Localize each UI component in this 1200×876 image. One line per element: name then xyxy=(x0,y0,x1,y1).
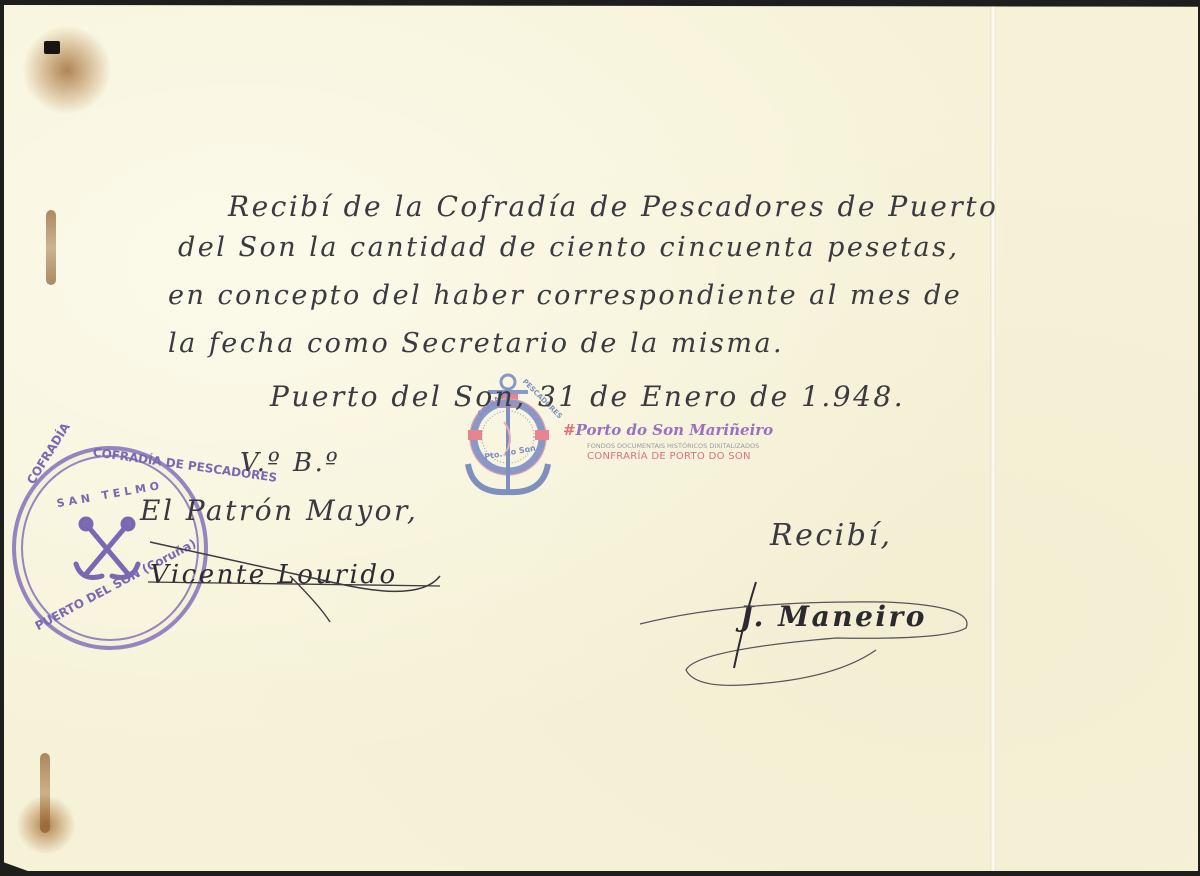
body-line-4: la fecha como Secretario de la misma. xyxy=(168,328,784,359)
rust-streak-bottom xyxy=(40,753,50,833)
approval-mark: V.º B.º xyxy=(240,448,340,478)
place-date-line: Puerto del Son, 31 de Enero de 1.948. xyxy=(270,380,905,413)
paper-fold-crease xyxy=(990,5,996,871)
signature-flourish-right xyxy=(636,580,976,690)
body-line-2: del Son la cantidad de ciento cincuenta … xyxy=(178,232,960,263)
crossed-anchors-icon xyxy=(72,516,142,586)
watermark-subtitle: FONDOS DOCUMENTAIS HISTÓRICOS DIXITALIZA… xyxy=(587,442,759,450)
staple-hole-top xyxy=(44,41,60,54)
burn-stain-top xyxy=(22,25,112,115)
body-line-3: en concepto del haber correspondiente al… xyxy=(168,280,962,311)
signature-flourish-left xyxy=(140,536,460,626)
body-line-1: Recibí de la Cofradía de Pescadores de P… xyxy=(228,190,998,223)
watermark-hashtag: ## Porto do Son MariñeiroPorto do Son Ma… xyxy=(563,421,773,439)
rust-streak-middle xyxy=(46,210,56,285)
patron-mayor-title: El Patrón Mayor, xyxy=(140,494,418,527)
recibi-label: Recibí, xyxy=(770,518,893,553)
watermark-org-name: CONFRARÍA DE PORTO DO SON xyxy=(587,451,751,462)
